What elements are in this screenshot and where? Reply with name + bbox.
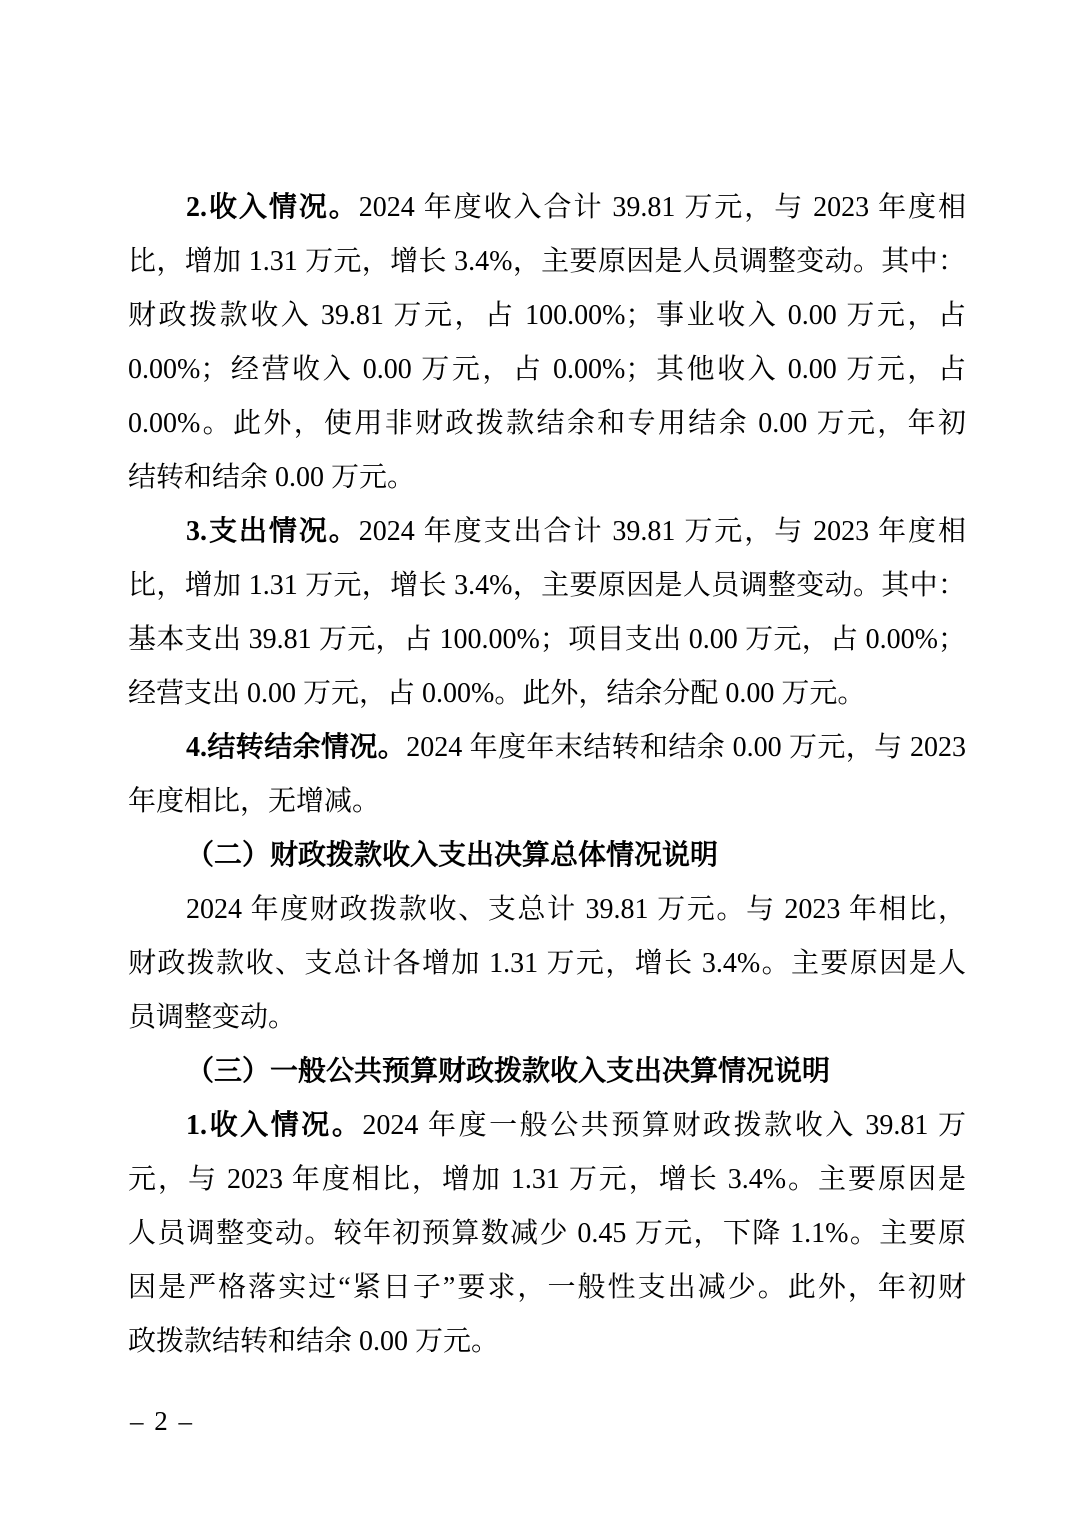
text-line: 经营支出 0.00 万元，占 0.00%。此外，结余分配 0.00 万元。 bbox=[128, 667, 966, 721]
text-line: 4.结转结余情况。2024 年度年末结转和结余 0.00 万元，与 2023 bbox=[128, 721, 966, 775]
text-line: 比，增加 1.31 万元，增长 3.4%，主要原因是人员调整变动。其中： bbox=[128, 559, 966, 613]
body-text: 2024 年度一般公共预算财政拨款收入 39.81 万 bbox=[362, 1110, 966, 1141]
text-line: 因是严格落实过“紧日子”要求，一般性支出减少。此外，年初财 bbox=[128, 1261, 966, 1315]
body-text: 财政拨款收入 39.81 万元，占 100.00%；事业收入 0.00 万元，占 bbox=[128, 300, 966, 331]
text-line: 年度相比，无增减。 bbox=[128, 775, 966, 829]
text-line: （三）一般公共预算财政拨款收入支出决算情况说明 bbox=[128, 1045, 966, 1099]
body-text: 因是严格落实过“紧日子”要求，一般性支出减少。此外，年初财 bbox=[128, 1272, 966, 1303]
body-text: 2024 年度财政拨款收、支总计 39.81 万元。与 2023 年相比， bbox=[186, 894, 966, 925]
document-page: 2.收入情况。2024 年度收入合计 39.81 万元，与 2023 年度相比，… bbox=[0, 0, 1075, 1520]
text-line: 员调整变动。 bbox=[128, 991, 966, 1045]
text-line: 财政拨款收、支总计各增加 1.31 万元，增长 3.4%。主要原因是人 bbox=[128, 937, 966, 991]
heading-text: 3.支出情况。 bbox=[186, 516, 359, 547]
heading-text: 4.结转结余情况。 bbox=[186, 732, 406, 763]
body-text: 政拨款结转和结余 0.00 万元。 bbox=[128, 1326, 499, 1357]
body-text: 比，增加 1.31 万元，增长 3.4%，主要原因是人员调整变动。其中： bbox=[128, 570, 966, 601]
heading-text: （三）一般公共预算财政拨款收入支出决算情况说明 bbox=[186, 1056, 830, 1087]
document-body: 2.收入情况。2024 年度收入合计 39.81 万元，与 2023 年度相比，… bbox=[128, 181, 966, 1369]
body-text: 经营支出 0.00 万元，占 0.00%。此外，结余分配 0.00 万元。 bbox=[128, 678, 865, 709]
body-text: 财政拨款收、支总计各增加 1.31 万元，增长 3.4%。主要原因是人 bbox=[128, 948, 966, 979]
text-line: 基本支出 39.81 万元，占 100.00%；项目支出 0.00 万元，占 0… bbox=[128, 613, 966, 667]
text-line: 人员调整变动。较年初预算数减少 0.45 万元，下降 1.1%。主要原 bbox=[128, 1207, 966, 1261]
body-text: 基本支出 39.81 万元，占 100.00%；项目支出 0.00 万元，占 0… bbox=[128, 624, 966, 655]
text-line: 财政拨款收入 39.81 万元，占 100.00%；事业收入 0.00 万元，占 bbox=[128, 289, 966, 343]
body-text: 0.00%；经营收入 0.00 万元，占 0.00%；其他收入 0.00 万元，… bbox=[128, 354, 966, 385]
text-line: 0.00%；经营收入 0.00 万元，占 0.00%；其他收入 0.00 万元，… bbox=[128, 343, 966, 397]
heading-text: 1.收入情况。 bbox=[186, 1110, 362, 1141]
text-line: 比，增加 1.31 万元，增长 3.4%，主要原因是人员调整变动。其中： bbox=[128, 235, 966, 289]
body-text: 2024 年度收入合计 39.81 万元，与 2023 年度相 bbox=[359, 192, 966, 223]
body-text: 2024 年度年末结转和结余 0.00 万元，与 2023 bbox=[406, 732, 966, 763]
text-line: （二）财政拨款收入支出决算总体情况说明 bbox=[128, 829, 966, 883]
body-text: 元，与 2023 年度相比，增加 1.31 万元，增长 3.4%。主要原因是 bbox=[128, 1164, 966, 1195]
text-line: 元，与 2023 年度相比，增加 1.31 万元，增长 3.4%。主要原因是 bbox=[128, 1153, 966, 1207]
text-line: 2.收入情况。2024 年度收入合计 39.81 万元，与 2023 年度相 bbox=[128, 181, 966, 235]
page-number: – 2 – bbox=[130, 1402, 194, 1440]
text-line: 3.支出情况。2024 年度支出合计 39.81 万元，与 2023 年度相 bbox=[128, 505, 966, 559]
body-text: 2024 年度支出合计 39.81 万元，与 2023 年度相 bbox=[359, 516, 966, 547]
text-line: 2024 年度财政拨款收、支总计 39.81 万元。与 2023 年相比， bbox=[128, 883, 966, 937]
body-text: 比，增加 1.31 万元，增长 3.4%，主要原因是人员调整变动。其中： bbox=[128, 246, 966, 277]
body-text: 员调整变动。 bbox=[128, 1002, 296, 1033]
body-text: 结转和结余 0.00 万元。 bbox=[128, 462, 415, 493]
text-line: 结转和结余 0.00 万元。 bbox=[128, 451, 966, 505]
body-text: 人员调整变动。较年初预算数减少 0.45 万元，下降 1.1%。主要原 bbox=[128, 1218, 966, 1249]
body-text: 0.00%。此外，使用非财政拨款结余和专用结余 0.00 万元，年初 bbox=[128, 408, 966, 439]
heading-text: 2.收入情况。 bbox=[186, 192, 359, 223]
text-line: 1.收入情况。2024 年度一般公共预算财政拨款收入 39.81 万 bbox=[128, 1099, 966, 1153]
text-line: 0.00%。此外，使用非财政拨款结余和专用结余 0.00 万元，年初 bbox=[128, 397, 966, 451]
heading-text: （二）财政拨款收入支出决算总体情况说明 bbox=[186, 840, 718, 871]
body-text: 年度相比，无增减。 bbox=[128, 786, 380, 817]
text-line: 政拨款结转和结余 0.00 万元。 bbox=[128, 1315, 966, 1369]
